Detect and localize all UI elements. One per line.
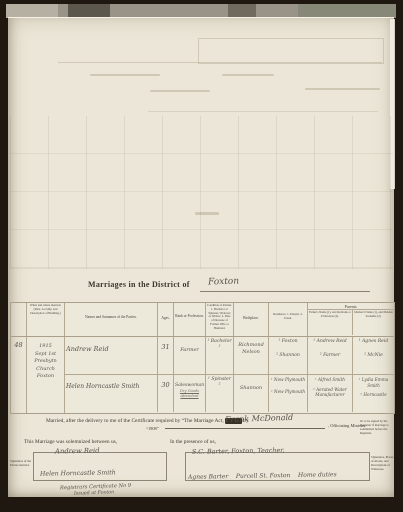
- ghost-text: [195, 212, 219, 215]
- header-names: Names and Surnames of the Parties.: [65, 303, 158, 336]
- table-row-bride: Helen Horncastle Smith 30 Saleswoman Dry…: [65, 375, 394, 413]
- witness1-signature: S.C. Barter, Foxton, Teacher,: [192, 446, 285, 456]
- bride-rank: Saleswoman Dry Goods Attendant: [174, 375, 206, 412]
- header-when-where: When and where married. (Date, Locality,…: [27, 303, 65, 336]
- groom-name: Andrew Reid: [65, 337, 158, 374]
- scanned-register-photo: Marriages in the District of Foxton When…: [0, 0, 403, 512]
- bride-age: 30: [158, 375, 174, 412]
- signature-line: [165, 428, 325, 429]
- header-rank: Rank or Profession.: [174, 303, 206, 336]
- party2-signature: Helen Horncastle Smith: [40, 469, 116, 477]
- tape-light-patch: [6, 4, 58, 18]
- parties-margin-note: Signatures of the Parties married.: [10, 459, 31, 467]
- header-birthplace: Birthplace.: [234, 303, 269, 336]
- entry-number: 48: [11, 337, 27, 413]
- table-header-row: When and where married. (Date, Locality,…: [11, 303, 394, 337]
- bride-mother: ¹ Lydia Emma Smith ² Horncastle: [353, 375, 394, 412]
- ghost-text: [305, 88, 380, 90]
- tape-dark-patch: [228, 4, 256, 18]
- groom-mother: ¹ Agnes Reid ² McNie: [353, 337, 394, 374]
- certification-statement: Married, after the delivery to me of the…: [46, 418, 249, 424]
- bride-condition: ¹ Spinster ²: [206, 375, 234, 412]
- header-father: Father's Name (1), and his Rank or Profe…: [308, 310, 353, 335]
- entry-row: 48 1915 Sept 1st Presbytn Church Foxton …: [11, 337, 394, 413]
- corrected-act-year: “1908”: [146, 426, 159, 431]
- entry-date-place: 1915 Sept 1st Presbytn Church Foxton: [27, 337, 65, 413]
- marriage-register-table: When and where married. (Date, Locality,…: [10, 302, 395, 414]
- groom-condition: ¹ Bachelor ²: [206, 337, 234, 374]
- bride-name: Helen Horncastle Smith: [65, 375, 158, 412]
- ghost-text: [90, 74, 160, 76]
- presence-label: In the presence of us,: [170, 439, 216, 445]
- header-residence: Residence. 1. Present. 2. Usual.: [269, 303, 308, 336]
- ghost-rule: [148, 111, 378, 112]
- ghost-box: [198, 38, 384, 64]
- groom-residence: ¹ Foxton ² Shannon: [269, 337, 308, 374]
- groom-birthplace: Richmond Nelson: [234, 337, 269, 374]
- ghost-table-grid: [10, 116, 393, 269]
- registrar-margin-note: Or to be signed by the Registrar if marr…: [360, 419, 394, 435]
- solemnized-label: This Marriage was solemnized between us,: [24, 439, 117, 445]
- witnesses-margin-note: Signatures, Places of Abode, and Descrip…: [371, 455, 394, 471]
- header-no: [11, 303, 27, 336]
- header-parents: Parents.: [308, 303, 394, 310]
- page-title: Marriages in the District of: [88, 280, 190, 289]
- ghost-text: [222, 74, 274, 76]
- ghost-text: [150, 90, 210, 92]
- title-underline: [200, 291, 370, 292]
- party1-signature: Andrew Reid: [55, 447, 100, 456]
- header-condition: Condition of Parties. 1. Bachelor or Spi…: [206, 303, 234, 336]
- bride-birthplace: Shannon: [234, 375, 269, 412]
- tape-dark-patch: [68, 4, 110, 18]
- table-row-groom: Andrew Reid 31 Farmer ¹ Bachelor ² Richm…: [65, 337, 394, 375]
- district-name-handwritten: Foxton: [208, 276, 239, 287]
- groom-rank: Farmer: [174, 337, 206, 374]
- header-mother: Mother's Name (1), and Maiden Surname (2…: [353, 310, 394, 335]
- binding-tape: [6, 4, 396, 18]
- bride-residence: ¹ New Plymouth ² New Plymouth: [269, 375, 308, 412]
- ghost-rule: [58, 62, 382, 63]
- groom-father: ¹ Andrew Reid ² Farmer: [308, 337, 353, 374]
- header-ages: Ages.: [158, 303, 174, 336]
- groom-age: 31: [158, 337, 174, 374]
- bride-father: ¹ Alfred Smith ² Aerated Water Manufactu…: [308, 375, 353, 412]
- tape-green-patch: [298, 4, 396, 18]
- header-parents-group: Parents. Father's Name (1), and his Rank…: [308, 303, 394, 336]
